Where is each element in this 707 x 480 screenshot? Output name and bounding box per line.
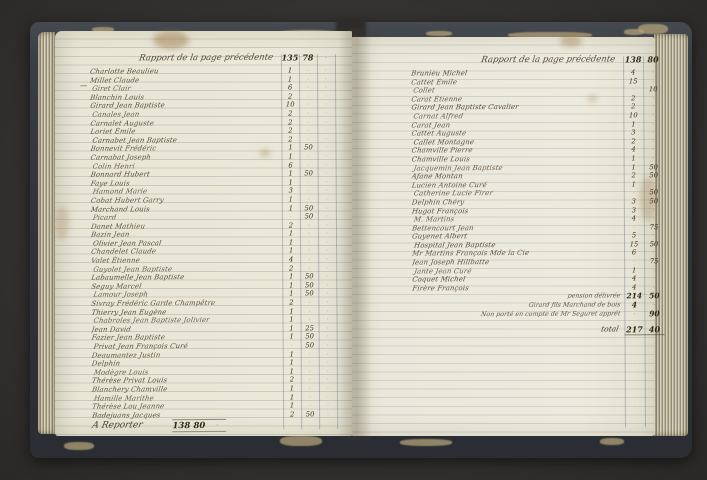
annotation-row: Non porté en compte de Mr Seguret apprêt… [412,310,664,320]
entry-spare [317,66,335,75]
entry-centimes [300,264,318,273]
entry-spare [317,126,335,135]
entry-francs: 1 [282,170,300,179]
entry-centimes [644,154,664,163]
entry-spare [319,393,337,402]
entry-centimes [643,103,663,112]
entry-francs: 1 [282,273,300,282]
total-francs: 217 [624,324,644,336]
carried-forward-francs: 138 [623,54,643,65]
total-label: total [411,324,625,337]
entry-centimes [301,316,319,325]
entry-francs [624,189,644,198]
entry-name: Delphin Chéry [411,197,624,207]
entry-francs: 15 [624,240,644,249]
entry-spare [318,169,336,178]
left-entries-list: Charlotte Beaulieu 1 Millet Claude 1 Gir… [90,66,337,420]
entry-spare [318,195,336,204]
total-centimes: 40 [644,324,664,336]
entry-centimes [301,350,319,359]
annotation-francs: 214 [624,292,644,301]
carry-over-label: A Reporter [91,420,174,434]
annotation-centimes: 90 [644,310,664,319]
entry-francs: 1 [624,266,644,275]
entry-francs: 1 [283,402,301,411]
carried-forward-spare [317,52,335,63]
entry-francs: 6 [281,84,299,93]
entry-centimes: 25 [301,324,319,333]
entry-francs: 1 [283,384,301,393]
entry-francs: 10 [623,111,643,120]
entry-centimes [644,214,664,223]
ledger-book: Rapport de la page précédente 135 78 — C… [30,22,692,458]
entry-spare [318,264,336,273]
entry-francs: 3 [624,206,644,215]
entry-centimes [299,66,317,75]
entry-francs: 2 [282,298,300,307]
carried-forward-header: Rapport de la page précédente 138 80 [411,54,663,66]
entry-centimes [644,266,664,275]
entry-centimes [299,135,317,144]
entry-spare [318,161,336,170]
entry-francs: 2 [281,135,299,144]
entry-spare [318,290,336,299]
entry-centimes: 50 [301,341,319,350]
entry-centimes [643,77,663,86]
carried-forward-centimes: 78 [299,52,317,63]
entry-francs: 1 [283,350,301,359]
binding-gutter-shadow [338,28,372,440]
entry-centimes [643,120,663,129]
entry-spare [319,333,337,342]
entry-centimes [299,83,317,92]
entry-centimes [643,111,663,120]
entry-centimes [301,393,319,402]
entry-francs: 2 [281,109,299,118]
entry-centimes: 50 [300,281,318,290]
carried-forward-label: Rapport de la page précédente [410,54,624,66]
entry-centimes: 50 [300,290,318,299]
entry-centimes [300,307,318,316]
entry-francs: 1 [282,204,300,213]
entry-centimes: 50 [299,144,317,153]
entry-francs: 1 [282,195,300,204]
entry-centimes [300,255,318,264]
entry-centimes [300,195,318,204]
entry-spare [319,376,337,385]
entry-francs: 2 [281,92,299,101]
margin-mark: — [80,82,87,90]
entry-francs: 4 [624,283,644,292]
entry-francs: 1 [281,75,299,84]
scanned-register-view: Rapport de la page précédente 135 78 — C… [0,0,707,480]
entry-centimes: 50 [300,273,318,282]
entry-centimes [644,180,664,189]
entry-francs: 15 [623,77,643,86]
entry-spare [319,401,337,410]
entry-francs [623,85,643,94]
entry-francs: 4 [624,275,644,284]
entry-francs: 1 [283,324,301,333]
entry-francs [624,223,644,232]
carried-forward-header: Rapport de la page précédente 135 78 [90,52,335,64]
entry-centimes: 50 [301,410,319,419]
total-row: total 217 40 [412,324,664,337]
entry-francs [624,257,644,266]
entry-centimes [644,206,664,215]
carry-over-footer: A Reporter 138 80 [92,419,226,433]
entry-spare [318,229,336,238]
entry-spare [319,315,337,324]
cover-wear-patch [600,438,624,445]
entry-centimes [299,126,317,135]
entry-francs: 2 [281,118,299,127]
carried-forward-centimes: 80 [643,54,663,65]
entry-francs: 1 [281,144,299,153]
entry-francs: 2 [283,376,301,385]
entry-centimes: 50 [644,171,664,180]
entry-centimes [300,152,318,161]
entry-francs: 1 [283,316,301,325]
entry-centimes [643,128,663,137]
entry-francs: 3 [282,187,300,196]
page-stack-edge-left [38,32,55,434]
cover-wear-patch [280,436,322,446]
entry-centimes: 10 [643,85,663,94]
entry-centimes [300,247,318,256]
entry-centimes: 50 [300,169,318,178]
entry-centimes [299,109,317,118]
entry-spare [319,350,337,359]
annotation-label: Non porté en compte de Mr Seguret apprêt [412,310,625,320]
entry-francs [282,213,300,222]
entry-spare [318,212,336,221]
cover-wear-patch [638,24,668,34]
entry-spare [319,384,337,393]
cover-wear-patch [400,439,452,446]
entry-centimes: 50 [300,204,318,213]
entry-spare [318,247,336,256]
entry-centimes: 50 [644,197,664,206]
entry-centimes [644,146,664,155]
entry-spare [317,75,335,84]
entry-centimes: 50 [300,212,318,221]
entry-centimes: 75 [644,257,664,266]
entry-spare [317,83,335,92]
entry-centimes [300,187,318,196]
entry-centimes [299,75,317,84]
entry-spare [317,109,335,118]
cover-wear-patch [64,442,94,450]
ledger-page-right: Rapport de la page précédente 138 80 Bru… [352,37,655,436]
entry-centimes [644,274,664,283]
entry-francs: 1 [282,281,300,290]
entry-centimes [299,101,317,110]
entry-centimes [644,231,664,240]
entry-francs: 2 [282,264,300,273]
ledger-page-left: Rapport de la page précédente 135 78 — C… [55,31,352,436]
entry-centimes [643,68,663,77]
entry-francs: 5 [624,232,644,241]
entry-francs: 1 [282,230,300,239]
entry-centimes [301,358,319,367]
entry-francs: 2 [623,94,643,103]
entry-francs: 1 [623,120,643,129]
carry-over-centimes: 80 [190,419,208,432]
entry-francs: 1 [283,359,301,368]
entry-spare [318,204,336,213]
entry-centimes [301,376,319,385]
entry-francs: 1 [282,152,300,161]
entry-spare [318,307,336,316]
entry-centimes [300,298,318,307]
entry-francs: 2 [281,127,299,136]
entry-spare [319,341,337,350]
entry-centimes: 50 [644,163,664,172]
entry-spare [317,101,335,110]
entry-centimes [301,401,319,410]
entry-francs: 2 [623,103,643,112]
entry-spare [317,144,335,153]
entry-spare [318,255,336,264]
entry-francs: 1 [282,238,300,247]
carry-over-francs: 138 [172,419,190,432]
entry-centimes [300,230,318,239]
entry-francs: 1 [282,307,300,316]
entry-francs: 4 [624,214,644,223]
entry-francs: 4 [624,146,644,155]
carried-forward-label: Rapport de la page précédente [89,53,282,65]
left-page-content: Rapport de la page précédente 135 78 — C… [54,30,353,437]
entry-centimes [644,249,664,258]
entry-francs: 6 [624,249,644,258]
annotation-centimes [644,301,664,310]
entry-francs: 1 [282,178,300,187]
entry-francs: 2 [623,137,643,146]
entry-francs: 10 [281,101,299,110]
entry-francs: 2 [624,171,644,180]
entry-francs: 3 [624,197,644,206]
entry-centimes [299,118,317,127]
entry-francs: 1 [624,154,644,163]
carry-over-spare [208,419,226,432]
entry-centimes: 50 [301,333,319,342]
entry-francs: 1 [624,163,644,172]
entry-francs: 1 [283,367,301,376]
right-entries-list: Brunieu Michel 4 Cattet Émile 15 Collet … [411,68,664,337]
entry-centimes: 50 [644,188,664,197]
entry-francs: 4 [282,255,300,264]
entry-francs: 2 [283,410,301,419]
entry-centimes [301,384,319,393]
entry-francs [283,341,301,350]
entry-francs: 1 [281,66,299,75]
entry-francs: 1 [283,333,301,342]
entry-francs: 3 [623,128,643,137]
right-page-content: Rapport de la page précédente 138 80 Bru… [351,36,656,437]
entry-spare [318,272,336,281]
annotation-francs [624,310,644,319]
entry-spare [317,118,335,127]
carried-forward-francs: 135 [281,52,299,63]
entry-spare [318,298,336,307]
entry-spare [318,152,336,161]
entry-spare [318,187,336,196]
entry-francs: 2 [282,221,300,230]
cover-wear-patch [426,31,452,36]
entry-francs: 1 [283,393,301,402]
entry-francs: 1 [282,247,300,256]
entry-spare [319,358,337,367]
entry-spare [319,410,337,419]
entry-francs: 6 [282,161,300,170]
entry-francs: 1 [282,290,300,299]
entry-francs: 4 [623,68,643,77]
entry-centimes [300,161,318,170]
entry-centimes [644,283,664,292]
